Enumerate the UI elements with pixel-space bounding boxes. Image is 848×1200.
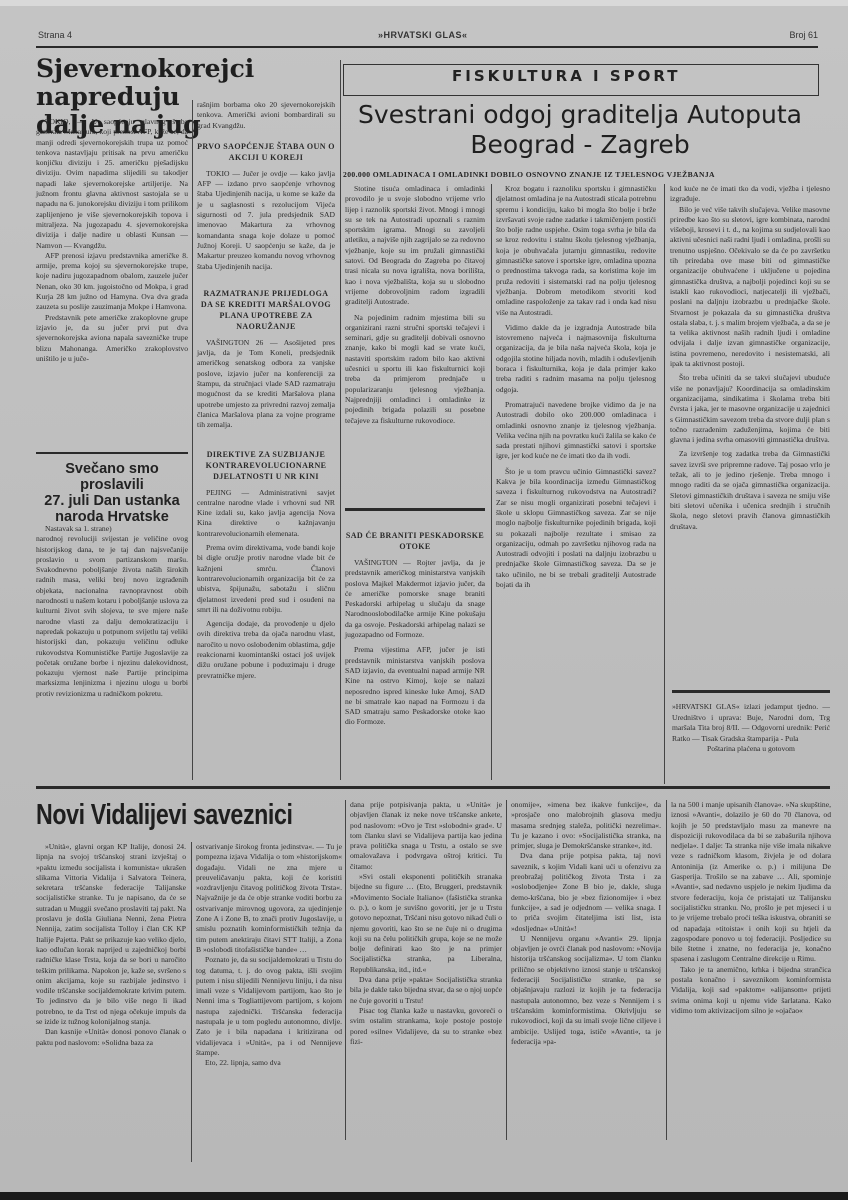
page-number: Strana 4	[38, 30, 72, 40]
vidali-headline: Novi Vidalijevi saveznici	[36, 799, 293, 832]
section-rule	[36, 452, 188, 454]
paragraph: Dan kasnije »Unità« donosi ponovo članak…	[36, 1027, 186, 1048]
paragraph: »Unità«, glavni organ KP Italije, donosi…	[36, 842, 186, 1027]
section-rule-bottom	[36, 786, 830, 789]
uprising-headline-line1: Svečano smo proslavili	[36, 461, 188, 493]
paragraph: Bilo je već više takvih slučajeva. Velik…	[670, 205, 830, 370]
paragraph: Promatrajući navedene brojke vidimo da j…	[496, 400, 656, 462]
paragraph: Dva dana prije potpisa pakta, taj novi s…	[511, 851, 661, 933]
paragraph: rašnjim borbama oko 20 sjevernokorejskih…	[197, 100, 335, 131]
pescadores-heading: SAD ĆE BRANITI PESKADORSKE OTOKE	[345, 530, 485, 552]
masthead: Strana 4 »HRVATSKI GLAS« Broj 61	[38, 30, 818, 46]
impressum-text: »HRVATSKI GLAS« izlazi jedamput tjedno. …	[672, 702, 830, 743]
scan-bottom-edge	[0, 1192, 848, 1200]
column-divider	[191, 842, 192, 1162]
paragraph: Nastavak sa 1. strane)	[36, 524, 188, 534]
paragraph: U Nennijevu organu »Avanti« 29. lipnja o…	[511, 934, 661, 1047]
paragraph: TOKIO, — U saopćenju glavnog štaba gener…	[36, 117, 188, 251]
paragraph: Što treba učiniti da se takvi slučajevi …	[670, 373, 830, 445]
masthead-rule	[36, 46, 818, 48]
scan-edge	[0, 0, 848, 6]
paragraph: TOKIO — Jučer je ovdje — kako javlja AFP…	[197, 169, 335, 272]
paragraph: VAŠINGTON — Rojter javlja, da je predsta…	[345, 558, 485, 640]
paragraph: Predstavnik pete američke zrakoplovne gr…	[36, 313, 188, 364]
vidali-col5: la na 500 i manje upisanih članova«. »Na…	[671, 800, 831, 1016]
paragraph: kod kuće ne će imati tko da vodi, vježba…	[670, 184, 830, 205]
uprising-headline-line2: 27. juli Dan ustanka	[36, 493, 188, 509]
paragraph: Poznato je, da su socijaldemokrati u Trs…	[196, 955, 342, 1058]
column-divider	[506, 800, 507, 1140]
paragraph: Što je u tom pravcu učinio Gimnastički s…	[496, 467, 656, 591]
sport-section-title: FISKULTURA I SPORT	[452, 67, 681, 85]
postage-note: Poštarina plaćena u gotovom	[672, 744, 830, 755]
paragraph: Pisac tog članka kaže u nastavku, govore…	[350, 1006, 502, 1047]
impressum: »HRVATSKI GLAS« izlazi jedamput tjedno. …	[672, 702, 830, 755]
paragraph: Kroz bogatu i raznoliku sportsku i gimna…	[496, 184, 656, 318]
paragraph: Na pojedinim radnim mjestima bili su org…	[345, 313, 485, 426]
korea-article-col1: TOKIO, — U saopćenju glavnog štaba gener…	[36, 117, 188, 364]
paragraph: Eto, 22. lipnja, samo dva	[196, 1058, 342, 1068]
paragraph: »Svi ostali eksponenti političkih strana…	[350, 872, 502, 975]
uprising-article: Nastavak sa 1. strane) narodnoj revoluci…	[36, 524, 188, 699]
paragraph: Vidimo dakle da je izgradnja Autostrade …	[496, 323, 656, 395]
sport-headline: Svestrani odgoj graditelja Autoputa Beog…	[343, 100, 817, 160]
column-divider	[491, 184, 492, 780]
column-divider	[345, 800, 346, 1140]
section-rule	[672, 690, 830, 693]
vidali-col1: »Unità«, glavni organ KP Italije, donosi…	[36, 842, 186, 1048]
paragraph: Prema ovim direktivama, vođe bandi koje …	[197, 543, 335, 615]
paragraph: Agencija dodaje, da provođenje u djelo o…	[197, 619, 335, 681]
paragraph: VAŠINGTON 26 — Asošijeted pres javlja, d…	[197, 338, 335, 431]
vidali-col3: dana prije potpisivanja pakta, u »Unità«…	[350, 800, 502, 1047]
sport-subheadline: 200.000 OMLADINACA I OMLADINKI DOBILO OS…	[343, 170, 843, 179]
paragraph: Tako je ta anemično, krhka i bijedna str…	[671, 965, 831, 1016]
column-divider	[666, 800, 667, 1140]
sport-headline-line2: Beograd - Zagreb	[343, 130, 817, 160]
paragraph: Dva dana prije »pakta« Socijalistička st…	[350, 975, 502, 1006]
sport-headline-line1: Svestrani odgoj graditelja Autoputa	[343, 100, 817, 130]
section-rule	[345, 508, 485, 511]
column-divider	[664, 184, 665, 784]
vidali-col4: onomije«, »imena bez ikakve funkcije«, d…	[511, 800, 661, 1047]
issue-number: Broj 61	[789, 30, 818, 40]
vidali-col2: ostvarivanje širokog fronta jedinstva«. …	[196, 842, 342, 1069]
sport-article-col2: Kroz bogatu i raznoliku sportsku i gimna…	[496, 184, 656, 590]
uprising-headline: Svečano smo proslavili 27. juli Dan usta…	[36, 461, 188, 525]
china-directives-heading: DIREKTIVE ZA SUZBIJANJE KONTRAREVOLUCION…	[197, 449, 335, 482]
sport-article-col1: Stotine tisuća omladinaca i omladinki pr…	[345, 184, 485, 426]
oun-heading: PRVO SAOPĆENJE ŠTABA OUN O AKCIJI U KORE…	[197, 141, 335, 163]
paragraph: Stotine tisuća omladinaca i omladinki pr…	[345, 184, 485, 308]
column-divider	[340, 60, 341, 780]
newspaper-name: »HRVATSKI GLAS«	[378, 30, 468, 40]
paragraph: Za izvršenje tog zadatka treba da Gimnas…	[670, 449, 830, 531]
sport-article-col3: kod kuće ne će imati tko da vodi, vježba…	[670, 184, 830, 532]
korea-article-col2: rašnjim borbama oko 20 sjevernokorejskih…	[197, 100, 335, 681]
paragraph: dana prije potpisivanja pakta, u »Unità«…	[350, 800, 502, 872]
newspaper-page: Strana 4 »HRVATSKI GLAS« Broj 61 Sjevern…	[0, 0, 848, 1200]
paragraph: Prema vijestima AFP, jučer je isti preds…	[345, 645, 485, 727]
pescadores-article: SAD ĆE BRANITI PESKADORSKE OTOKE VAŠINGT…	[345, 520, 485, 728]
column-divider	[192, 100, 193, 780]
paragraph: AFP prenosi izjavu predstavnika američke…	[36, 251, 188, 313]
marshall-plan-heading: RAZMATRANJE PRIJEDLOGA DA SE KREDITI MAR…	[197, 288, 335, 332]
paragraph: narodnoj revoluciji svijestan je veličin…	[36, 534, 188, 699]
paragraph: PEJING — Administrativni savjet centraln…	[197, 488, 335, 539]
paragraph: la na 500 i manje upisanih članova«. »Na…	[671, 800, 831, 965]
uprising-headline-line3: naroda Hrvatske	[36, 509, 188, 525]
paragraph: ostvarivanje širokog fronta jedinstva«. …	[196, 842, 342, 955]
paragraph: onomije«, »imena bez ikakve funkcije«, d…	[511, 800, 661, 851]
